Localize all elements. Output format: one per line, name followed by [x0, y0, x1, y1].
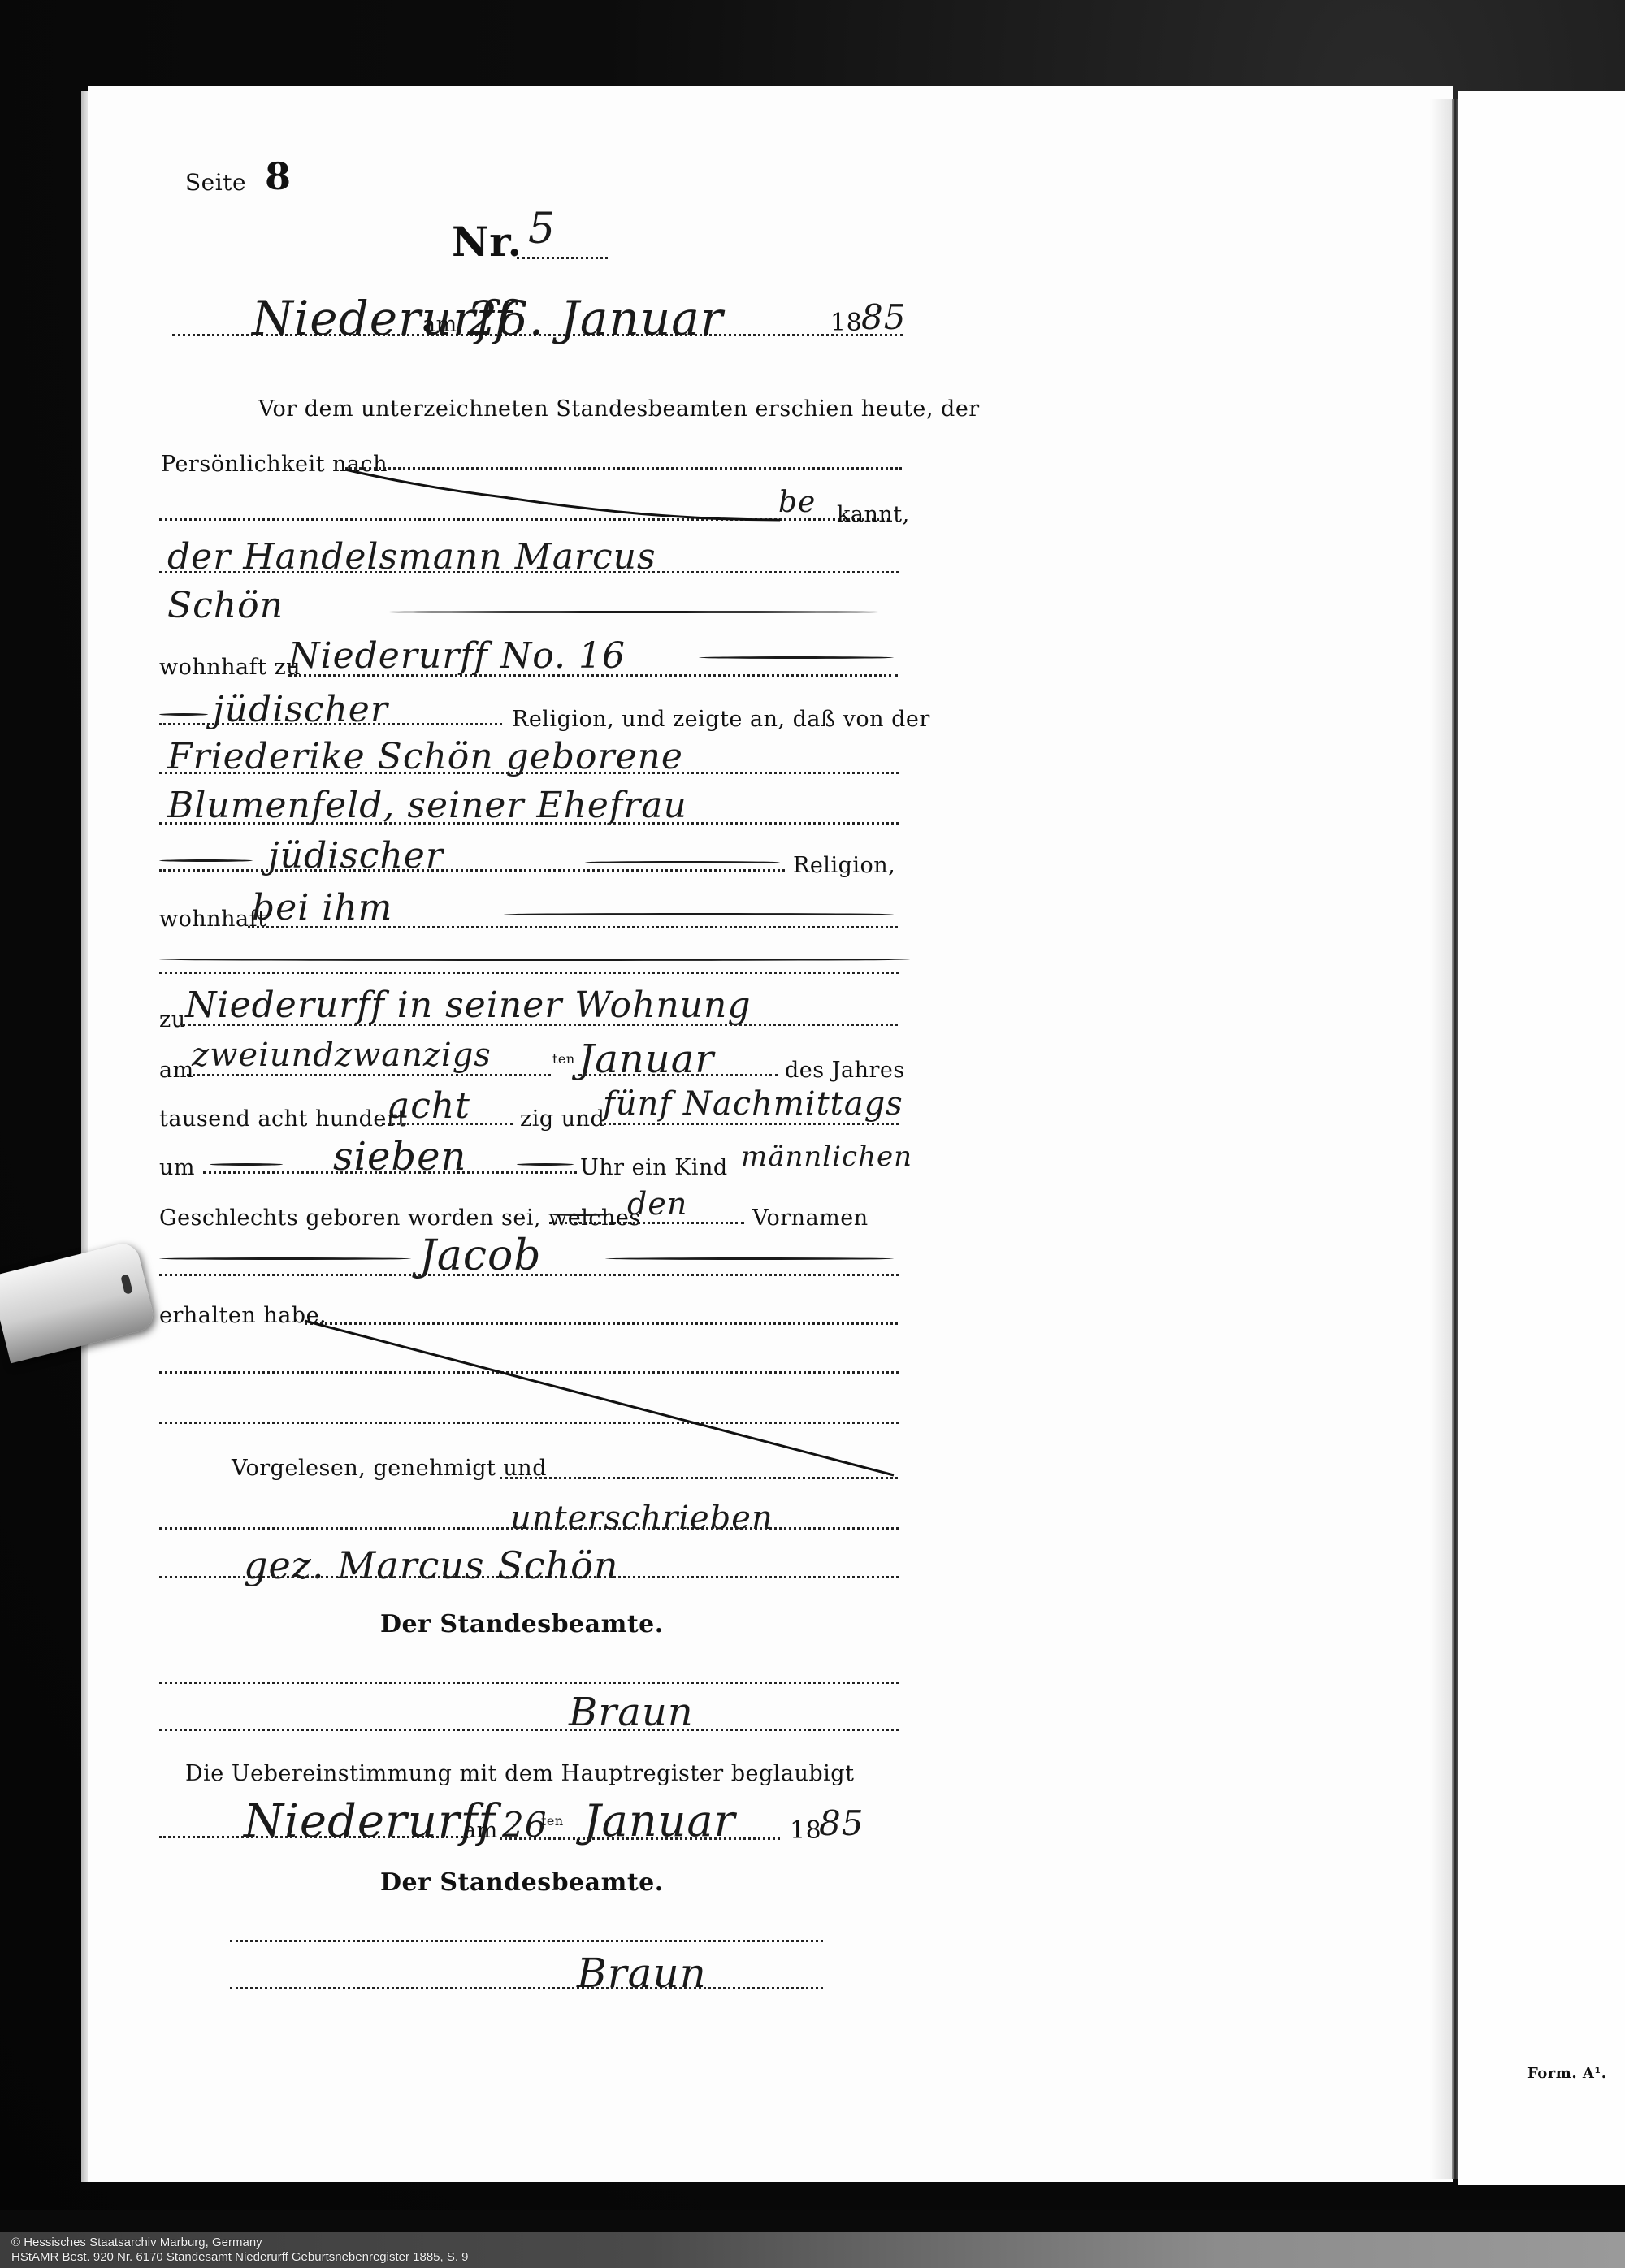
entry-label: Nr.	[452, 218, 522, 266]
birth-day-line	[187, 1074, 551, 1076]
received-label: erhalten habe.	[159, 1303, 327, 1328]
cert-place: Niederurff	[244, 1795, 496, 1848]
residence-line	[288, 674, 898, 677]
registrar-heading-2: Der Standesbeamte.	[380, 1868, 664, 1897]
clip-hole	[120, 1274, 133, 1295]
page-number: 8	[265, 154, 292, 198]
fill-stroke	[159, 859, 253, 862]
registrar-heading: Der Standesbeamte.	[380, 1610, 664, 1638]
fill-stroke	[699, 656, 894, 659]
fill-stroke	[517, 1163, 574, 1166]
cert-place-line	[159, 1836, 468, 1838]
religion-line-text: Religion, und zeigte an, daß von der	[512, 707, 930, 732]
decade-line	[382, 1123, 513, 1125]
informant-signature: gez. Marcus Schön	[244, 1543, 619, 1587]
at-label: zu	[159, 1007, 186, 1032]
ten-suffix: ten	[552, 1051, 575, 1067]
approved-line	[500, 1477, 898, 1479]
child-name: Jacob	[419, 1231, 542, 1280]
mother-line1-rule	[159, 772, 899, 774]
year-tail-line	[600, 1123, 899, 1125]
registrar-signature-2: Braun	[577, 1950, 707, 1997]
birth-place: Niederurff in seiner Wohnung	[185, 985, 752, 1026]
name-article: den	[627, 1186, 687, 1222]
fill-stroke	[504, 913, 894, 915]
form-label: Form. A¹.	[1527, 2065, 1606, 2082]
mother-religion-line	[159, 869, 785, 872]
gender-born-label: Geschlechts geboren worden sei, welches	[159, 1205, 641, 1231]
known-suffix: kannt,	[837, 502, 910, 527]
religion-label: Religion,	[793, 853, 895, 878]
page-label: Seite	[185, 169, 246, 196]
fill-stroke	[159, 959, 910, 961]
thousand-label: tausend acht hundert	[159, 1106, 407, 1132]
at-hour-label: um	[159, 1155, 195, 1180]
hour-line	[203, 1171, 577, 1174]
informant-signature-line	[159, 1576, 899, 1578]
facing-page	[1458, 91, 1625, 2185]
registrar2-line-1	[230, 1940, 823, 1942]
blank-line	[159, 972, 899, 974]
name-line	[159, 1274, 899, 1276]
book-gutter	[1452, 99, 1458, 2179]
header-year-suffix: 85	[861, 297, 906, 337]
known-prefix: be	[778, 486, 816, 519]
registrar-line-2	[159, 1729, 899, 1731]
informant-line1-rule	[159, 571, 899, 573]
header-date: 26. Januar	[467, 291, 724, 346]
intro-text: Vor dem unterzeichneten Standesbeamten e…	[258, 396, 980, 422]
signed-word: unterschrieben	[510, 1500, 773, 1537]
header-year-prefix: 18	[830, 309, 862, 337]
informant-residence: Niederurff No. 16	[288, 635, 626, 677]
informant-line2: Schön	[167, 585, 284, 626]
hour-child-label: Uhr ein Kind	[580, 1155, 728, 1180]
mother-residence-line	[248, 926, 898, 928]
fill-stroke	[552, 1214, 609, 1216]
personality-label: Persönlichkeit nach	[161, 452, 388, 477]
registrar2-line-2	[230, 1987, 823, 1989]
religion-line	[159, 723, 502, 725]
cert-month-line	[500, 1837, 780, 1840]
of-year-label: des Jahres	[785, 1058, 905, 1083]
fill-stroke	[210, 1163, 283, 1166]
birth-year-tail: fünf Nachmittags	[603, 1085, 903, 1123]
mother-line2: Blumenfeld, seiner Ehefrau	[167, 785, 687, 826]
remarks-line-3	[159, 1422, 899, 1424]
birth-decade: acht	[388, 1085, 470, 1127]
entry-number: 5	[528, 205, 556, 253]
fill-stroke	[585, 861, 780, 863]
fill-stroke	[374, 611, 894, 613]
registrar-line-1	[159, 1682, 899, 1684]
cert-year-suffix: 85	[819, 1803, 864, 1843]
personality-line	[345, 467, 902, 470]
cert-year-prefix: 18	[790, 1816, 821, 1845]
forenames-label: Vornamen	[752, 1205, 869, 1231]
gutter-shadow	[1430, 99, 1453, 2179]
remarks-line-1	[305, 1322, 898, 1325]
on-label: am	[159, 1058, 194, 1083]
signed-line	[159, 1527, 899, 1530]
fill-stroke	[605, 1257, 894, 1260]
fill-stroke	[159, 713, 208, 716]
zig-und-label: zig und	[520, 1106, 604, 1132]
cert-ten: ten	[541, 1813, 564, 1829]
copyright-text: © Hessisches Staatsarchiv Marburg, Germa…	[11, 2236, 262, 2249]
cert-am: am	[463, 1818, 498, 1843]
child-gender: männlichen	[741, 1140, 912, 1173]
citation-text: HStAMR Best. 920 Nr. 6170 Standesamt Nie…	[11, 2250, 469, 2264]
mother-line2-rule	[159, 822, 899, 825]
resident-at-label: wohnhaft zu	[159, 655, 301, 680]
entry-line	[517, 257, 608, 259]
certification-text: Die Uebereinstimmung mit dem Hauptregist…	[185, 1761, 854, 1786]
birth-day: zweiundzwanzigs	[192, 1037, 492, 1074]
birth-month-line	[578, 1074, 778, 1076]
article-line	[549, 1222, 744, 1224]
birth-place-line	[183, 1024, 898, 1026]
remarks-line-2	[159, 1371, 899, 1374]
archive-footer: © Hessisches Staatsarchiv Marburg, Germa…	[0, 2232, 1625, 2268]
mother-residence: bei ihm	[252, 887, 392, 928]
fill-stroke	[159, 1257, 411, 1260]
header-am: am	[422, 312, 457, 337]
